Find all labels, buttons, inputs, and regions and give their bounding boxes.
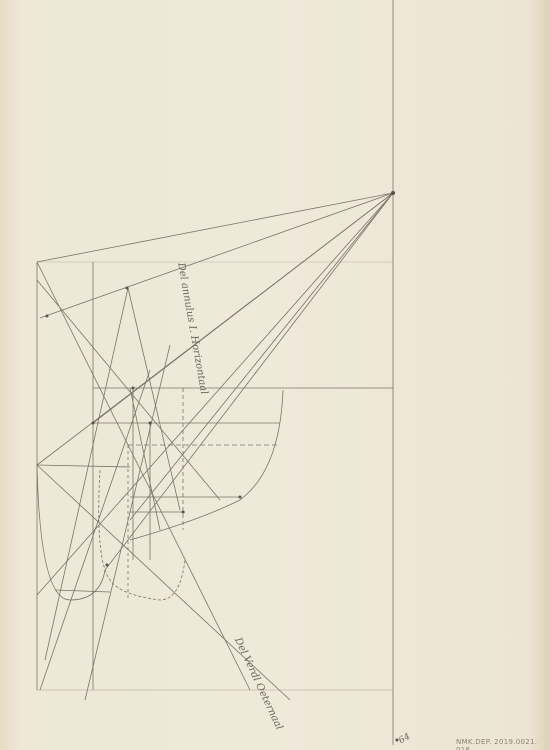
- drawing-sheet: Del annulus I. Horizontaal Del Verdl Oet…: [0, 0, 550, 750]
- perspective-construction-drawing: [0, 0, 550, 750]
- reference-number: NMK.DEP. 2019.0021. 016: [456, 738, 550, 750]
